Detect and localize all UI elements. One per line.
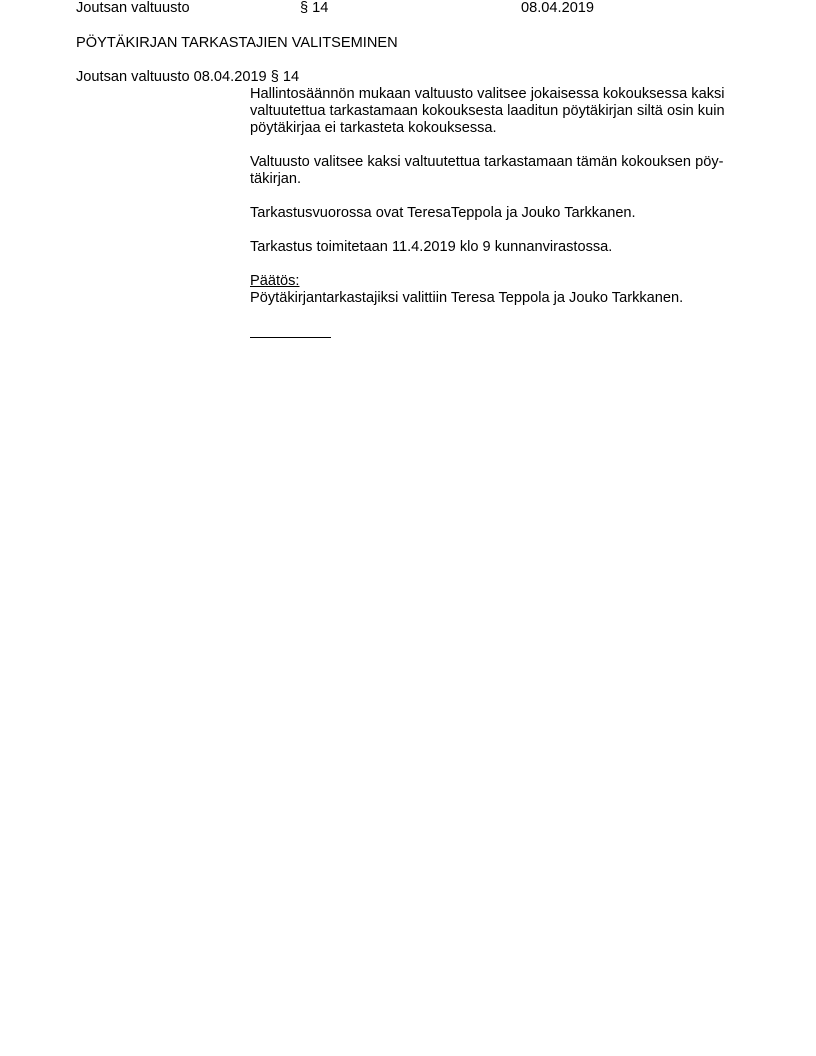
header-section-number: § 14 xyxy=(300,0,328,17)
signature-line xyxy=(250,337,331,338)
paragraph-background: Hallintosäännön mukaan valtuusto valitse… xyxy=(250,86,740,137)
meeting-reference: Joutsan valtuusto 08.04.2019 § 14 xyxy=(76,69,299,86)
paragraph-proposal: Valtuusto valitsee kaksi valtuutettua ta… xyxy=(250,154,740,188)
text-line: pöytäkirjaa ei tarkasteta kokouksessa. xyxy=(250,120,740,137)
header-date: 08.04.2019 xyxy=(521,0,594,17)
header-organization: Joutsan valtuusto xyxy=(76,0,190,17)
decision-label: Päätös: xyxy=(250,273,740,290)
text-line: Valtuusto valitsee kaksi valtuutettua ta… xyxy=(250,154,740,171)
decision-block: Päätös: Pöytäkirjantarkastajiksi valitti… xyxy=(250,273,740,307)
body-text: Hallintosäännön mukaan valtuusto valitse… xyxy=(250,86,740,307)
paragraph-inspection-time: Tarkastus toimitetaan 11.4.2019 klo 9 ku… xyxy=(250,239,740,256)
text-line: Hallintosäännön mukaan valtuusto valitse… xyxy=(250,86,740,103)
text-line: täkirjan. xyxy=(250,171,740,188)
text-line: valtuutettua tarkastamaan kokouksesta la… xyxy=(250,103,740,120)
paragraph-rotation: Tarkastusvuorossa ovat TeresaTeppola ja … xyxy=(250,205,740,222)
document-title: PÖYTÄKIRJAN TARKASTAJIEN VALITSEMINEN xyxy=(76,35,398,52)
decision-text: Pöytäkirjantarkastajiksi valittiin Teres… xyxy=(250,290,740,307)
text-line: Tarkastusvuorossa ovat TeresaTeppola ja … xyxy=(250,205,740,222)
text-line: Tarkastus toimitetaan 11.4.2019 klo 9 ku… xyxy=(250,239,740,256)
